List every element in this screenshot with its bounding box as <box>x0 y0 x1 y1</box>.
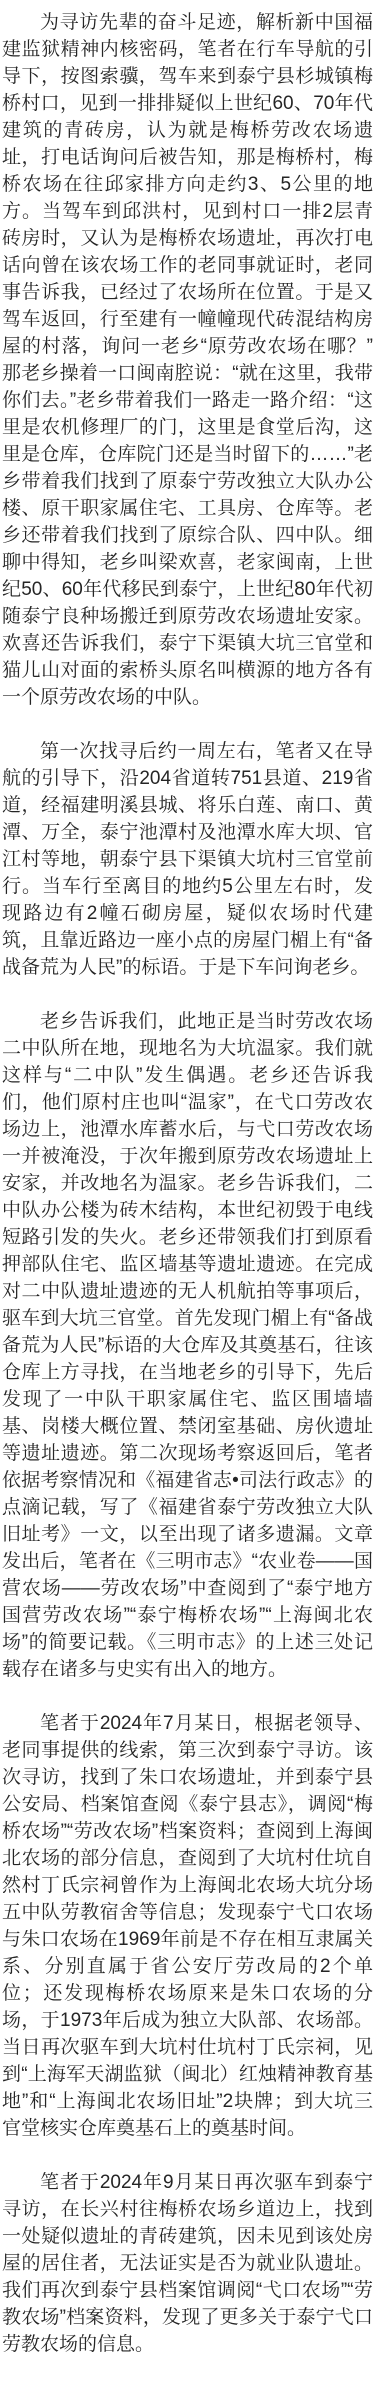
article-paragraph-5: 笔者于2024年9月某日再次驱车到泰宁寻访，在长兴村往梅桥农场乡道边上，找到一处… <box>2 2169 373 2358</box>
article-paragraph-1: 为寻访先辈的奋斗足迹，解析新中国福建监狱精神内核密码，笔者在行车导航的引导下，按… <box>2 9 373 711</box>
article-page: 为寻访先辈的奋斗足迹，解析新中国福建监狱精神内核密码，笔者在行车导航的引导下，按… <box>0 0 375 2388</box>
article-paragraph-4: 笔者于2024年7月某日，根据老领导、老同事提供的线索，第三次到泰宁寻访。该次寻… <box>2 1710 373 2142</box>
article-paragraph-2: 第一次找寻后约一周左右，笔者又在导航的引导下，沿204省道转751县道、219省… <box>2 738 373 981</box>
article-paragraph-3: 老乡告诉我们，此地正是当时劳改农场二中队所在地，现地名为大坑温家。我们就这样与“… <box>2 1008 373 1683</box>
